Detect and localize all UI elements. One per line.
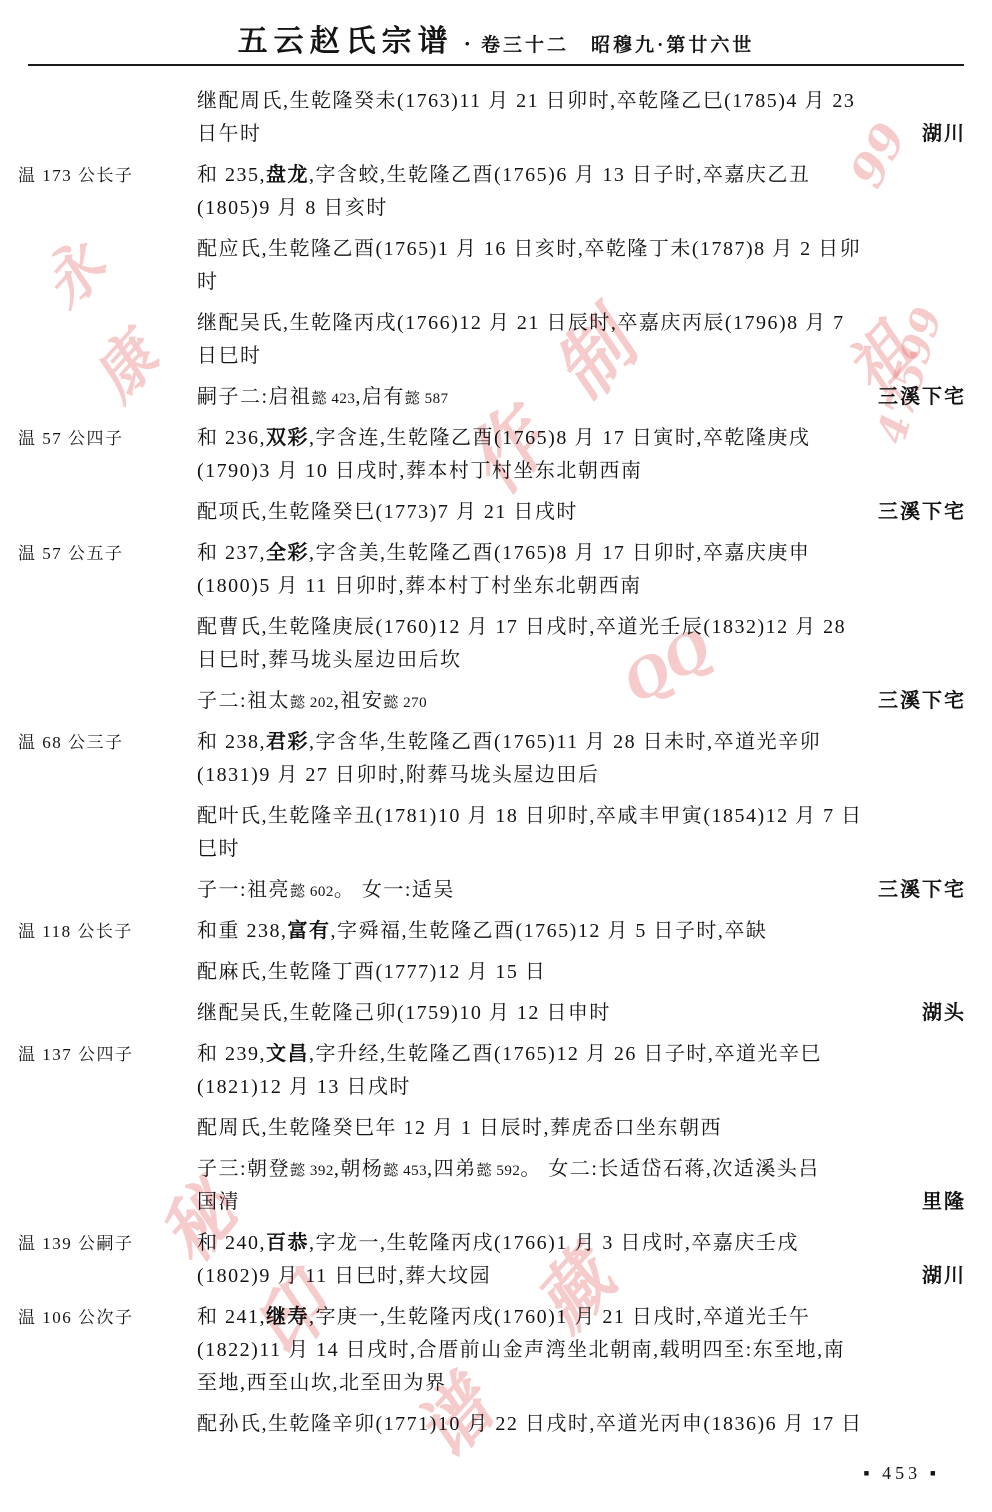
- text-line: (1790)3 月 10 日戌时,葬本村丁村坐东北朝西南: [197, 455, 966, 488]
- line-text: 和 238,君彩,字含华,生乾隆乙酉(1765)11 月 28 日未时,卒道光辛…: [197, 726, 821, 759]
- place-tag: 三溪下宅: [866, 496, 966, 529]
- paragraph: 配周氏,生乾隆癸巳年 12 月 1 日辰时,葬虎岙口坐东朝西: [197, 1112, 966, 1145]
- paragraph: 和 240,百恭,字龙一,生乾隆丙戌(1766)1 月 3 日戌时,卒嘉庆壬戌(…: [197, 1227, 966, 1293]
- entry: 温 137 公四子和 239,文昌,字升经,生乾隆乙酉(1765)12 月 26…: [0, 1038, 992, 1227]
- person-given-name: 盘龙: [266, 164, 309, 186]
- text-line: 配周氏,生乾隆癸巳年 12 月 1 日辰时,葬虎岙口坐东朝西: [197, 1112, 966, 1145]
- text-line: 和重 238,富有,字舜福,生乾隆乙酉(1765)12 月 5 日子时,卒缺: [197, 915, 966, 948]
- paragraph: 配曹氏,生乾隆庚辰(1760)12 月 17 日戌时,卒道光壬辰(1832)12…: [197, 611, 966, 677]
- place-tag: 三溪下宅: [866, 381, 966, 414]
- line-text: 继配吴氏,生乾隆己卯(1759)10 月 12 日申时: [197, 997, 611, 1030]
- line-text: 日巳时: [197, 340, 262, 373]
- entry: 温 106 公次子和 241,继寿,字庚一,生乾隆丙戌(1760)1 月 21 …: [0, 1301, 992, 1449]
- line-text: 和 240,百恭,字龙一,生乾隆丙戌(1766)1 月 3 日戌时,卒嘉庆壬戌: [197, 1227, 799, 1260]
- generation-marker: 懿 602: [290, 884, 334, 900]
- line-text: (1802)9 月 11 日巳时,葬大坟园: [197, 1260, 491, 1293]
- entry: 继配周氏,生乾隆癸未(1763)11 月 21 日卯时,卒乾隆乙巳(1785)4…: [0, 85, 992, 159]
- entry-lineage-label: 温 57 公四子: [0, 422, 197, 537]
- line-text: (1805)9 月 8 日亥时: [197, 192, 388, 225]
- entry-body: 和重 238,富有,字舜福,生乾隆乙酉(1765)12 月 5 日子时,卒缺配麻…: [197, 915, 992, 1038]
- line-text: 至地,西至山坎,北至田为界: [197, 1367, 447, 1400]
- entry-body: 和 238,君彩,字含华,生乾隆乙酉(1765)11 月 28 日未时,卒道光辛…: [197, 726, 992, 915]
- title-separator-dot: ·: [464, 31, 471, 57]
- place-tag: 湖头: [910, 997, 966, 1030]
- line-text: 日午时: [197, 118, 262, 151]
- generation-marker: 懿 423: [312, 391, 356, 407]
- line-text: 和 239,文昌,字升经,生乾隆乙酉(1765)12 月 26 日子时,卒道光辛…: [197, 1038, 822, 1071]
- line-text: 时: [197, 266, 219, 299]
- entry-lineage-label: 温 106 公次子: [0, 1301, 197, 1449]
- entry-lineage-label: 温 173 公长子: [0, 159, 197, 422]
- line-text: 日巳时,葬马垅头屋边田后坎: [197, 644, 462, 677]
- paragraph: 配麻氏,生乾隆丁酉(1777)12 月 15 日: [197, 956, 966, 989]
- line-text: 和 237,全彩,字含美,生乾隆乙酉(1765)8 月 17 日卯时,卒嘉庆庚申: [197, 537, 810, 570]
- text-line: 子二:祖太懿 202,祖安懿 270三溪下宅: [197, 685, 966, 718]
- text-line: (1805)9 月 8 日亥时: [197, 192, 966, 225]
- line-text: 配曹氏,生乾隆庚辰(1760)12 月 17 日戌时,卒道光壬辰(1832)12…: [197, 611, 846, 644]
- line-text: 配应氏,生乾隆乙酉(1765)1 月 16 日亥时,卒乾隆丁未(1787)8 月…: [197, 233, 861, 266]
- volume-subtitle: 卷三十二 昭穆九·第廿六世: [481, 30, 754, 57]
- entry-lineage-label: [0, 85, 197, 159]
- line-text: 子一:祖亮懿 602。 女一:适吴: [197, 874, 455, 909]
- text-line: 配孙氏,生乾隆辛卯(1771)10 月 22 日戌时,卒道光丙申(1836)6 …: [197, 1408, 966, 1441]
- entry-body: 和 241,继寿,字庚一,生乾隆丙戌(1760)1 月 21 日戌时,卒道光壬午…: [197, 1301, 992, 1449]
- paragraph: 和 235,盘龙,字含蛟,生乾隆乙酉(1765)6 月 13 日子时,卒嘉庆乙丑…: [197, 159, 966, 225]
- paragraph: 嗣子二:启祖懿 423,启有懿 587三溪下宅: [197, 381, 966, 414]
- place-tag: 湖川: [910, 1260, 966, 1293]
- paragraph: 配孙氏,生乾隆辛卯(1771)10 月 22 日戌时,卒道光丙申(1836)6 …: [197, 1408, 966, 1441]
- text-line: 至地,西至山坎,北至田为界: [197, 1367, 966, 1400]
- text-line: 和 238,君彩,字含华,生乾隆乙酉(1765)11 月 28 日未时,卒道光辛…: [197, 726, 966, 759]
- paragraph: 配项氏,生乾隆癸巳(1773)7 月 21 日戌时三溪下宅: [197, 496, 966, 529]
- text-line: (1802)9 月 11 日巳时,葬大坟园湖川: [197, 1260, 966, 1293]
- line-text: 配孙氏,生乾隆辛卯(1771)10 月 22 日戌时,卒道光丙申(1836)6 …: [197, 1408, 863, 1441]
- text-line: 配叶氏,生乾隆辛丑(1781)10 月 18 日卯时,卒咸丰甲寅(1854)12…: [197, 800, 966, 833]
- paragraph: 继配吴氏,生乾隆己卯(1759)10 月 12 日申时湖头: [197, 997, 966, 1030]
- text-line: 日午时湖川: [197, 118, 966, 151]
- line-text: 子三:朝登懿 392,朝杨懿 453,四弟懿 592。 女二:长适岱石蒋,次适溪…: [197, 1153, 820, 1188]
- text-line: (1800)5 月 11 日卯时,葬本村丁村坐东北朝西南: [197, 570, 966, 603]
- text-line: (1831)9 月 27 日卯时,附葬马垅头屋边田后: [197, 759, 966, 792]
- paragraph: 配应氏,生乾隆乙酉(1765)1 月 16 日亥时,卒乾隆丁未(1787)8 月…: [197, 233, 966, 299]
- entry-lineage-label: 温 118 公长子: [0, 915, 197, 1038]
- text-line: 和 241,继寿,字庚一,生乾隆丙戌(1760)1 月 21 日戌时,卒道光壬午: [197, 1301, 966, 1334]
- paragraph: 和 239,文昌,字升经,生乾隆乙酉(1765)12 月 26 日子时,卒道光辛…: [197, 1038, 966, 1104]
- text-line: (1822)11 月 14 日戌时,合厝前山金声湾坐北朝南,载明四至:东至地,南: [197, 1334, 966, 1367]
- entry: 温 173 公长子和 235,盘龙,字含蛟,生乾隆乙酉(1765)6 月 13 …: [0, 159, 992, 422]
- text-line: 继配周氏,生乾隆癸未(1763)11 月 21 日卯时,卒乾隆乙巳(1785)4…: [197, 85, 966, 118]
- entry: 温 57 公五子和 237,全彩,字含美,生乾隆乙酉(1765)8 月 17 日…: [0, 537, 992, 726]
- entry: 温 139 公嗣子和 240,百恭,字龙一,生乾隆丙戌(1766)1 月 3 日…: [0, 1227, 992, 1301]
- paragraph: 子一:祖亮懿 602。 女一:适吴三溪下宅: [197, 874, 966, 907]
- text-line: 日巳时,葬马垅头屋边田后坎: [197, 644, 966, 677]
- paragraph: 子二:祖太懿 202,祖安懿 270三溪下宅: [197, 685, 966, 718]
- generation-marker: 懿 453: [383, 1163, 427, 1179]
- genealogy-page: 永康制作祖秘印QQ9947599藏谱 五云赵氏宗谱 · 卷三十二 昭穆九·第廿六…: [0, 0, 992, 1512]
- line-text: 国清: [197, 1186, 240, 1219]
- text-line: 时: [197, 266, 966, 299]
- entry-body: 和 237,全彩,字含美,生乾隆乙酉(1765)8 月 17 日卯时,卒嘉庆庚申…: [197, 537, 992, 726]
- text-line: 巳时: [197, 833, 966, 866]
- text-line: 嗣子二:启祖懿 423,启有懿 587三溪下宅: [197, 381, 966, 414]
- generation-marker: 懿 270: [383, 695, 427, 711]
- person-given-name: 百恭: [266, 1232, 309, 1254]
- line-text: (1790)3 月 10 日戌时,葬本村丁村坐东北朝西南: [197, 455, 642, 488]
- line-text: 嗣子二:启祖懿 423,启有懿 587: [197, 381, 449, 416]
- text-line: 和 237,全彩,字含美,生乾隆乙酉(1765)8 月 17 日卯时,卒嘉庆庚申: [197, 537, 966, 570]
- text-line: 子三:朝登懿 392,朝杨懿 453,四弟懿 592。 女二:长适岱石蒋,次适溪…: [197, 1153, 966, 1186]
- paragraph: 继配吴氏,生乾隆丙戌(1766)12 月 21 日辰时,卒嘉庆丙辰(1796)8…: [197, 307, 966, 373]
- paragraph: 和重 238,富有,字舜福,生乾隆乙酉(1765)12 月 5 日子时,卒缺: [197, 915, 966, 948]
- person-given-name: 双彩: [266, 427, 309, 449]
- text-line: 子一:祖亮懿 602。 女一:适吴三溪下宅: [197, 874, 966, 907]
- entry-body: 和 236,双彩,字含连,生乾隆乙酉(1765)8 月 17 日寅时,卒乾隆庚戌…: [197, 422, 992, 537]
- entry-lineage-label: 温 139 公嗣子: [0, 1227, 197, 1301]
- text-line: 和 235,盘龙,字含蛟,生乾隆乙酉(1765)6 月 13 日子时,卒嘉庆乙丑: [197, 159, 966, 192]
- place-tag: 三溪下宅: [866, 685, 966, 718]
- line-text: 和 241,继寿,字庚一,生乾隆丙戌(1760)1 月 21 日戌时,卒道光壬午: [197, 1301, 810, 1334]
- book-title: 五云赵氏宗谱: [238, 16, 454, 60]
- generation-marker: 懿 587: [405, 391, 449, 407]
- text-line: 配麻氏,生乾隆丁酉(1777)12 月 15 日: [197, 956, 966, 989]
- text-line: 配应氏,生乾隆乙酉(1765)1 月 16 日亥时,卒乾隆丁未(1787)8 月…: [197, 233, 966, 266]
- entry-body: 和 240,百恭,字龙一,生乾隆丙戌(1766)1 月 3 日戌时,卒嘉庆壬戌(…: [197, 1227, 992, 1301]
- entry: 温 68 公三子和 238,君彩,字含华,生乾隆乙酉(1765)11 月 28 …: [0, 726, 992, 915]
- line-text: 配叶氏,生乾隆辛丑(1781)10 月 18 日卯时,卒咸丰甲寅(1854)12…: [197, 800, 863, 833]
- entry: 温 118 公长子和重 238,富有,字舜福,生乾隆乙酉(1765)12 月 5…: [0, 915, 992, 1038]
- person-given-name: 富有: [288, 920, 331, 942]
- generation-marker: 懿 392: [290, 1163, 334, 1179]
- line-text: 和 235,盘龙,字含蛟,生乾隆乙酉(1765)6 月 13 日子时,卒嘉庆乙丑: [197, 159, 810, 192]
- line-text: 继配周氏,生乾隆癸未(1763)11 月 21 日卯时,卒乾隆乙巳(1785)4…: [197, 85, 855, 118]
- person-given-name: 君彩: [266, 731, 309, 753]
- person-given-name: 文昌: [266, 1043, 309, 1065]
- entry-lineage-label: 温 57 公五子: [0, 537, 197, 726]
- paragraph: 和 236,双彩,字含连,生乾隆乙酉(1765)8 月 17 日寅时,卒乾隆庚戌…: [197, 422, 966, 488]
- paragraph: 继配周氏,生乾隆癸未(1763)11 月 21 日卯时,卒乾隆乙巳(1785)4…: [197, 85, 966, 151]
- line-text: 子二:祖太懿 202,祖安懿 270: [197, 685, 427, 720]
- paragraph: 配叶氏,生乾隆辛丑(1781)10 月 18 日卯时,卒咸丰甲寅(1854)12…: [197, 800, 966, 866]
- entries: 继配周氏,生乾隆癸未(1763)11 月 21 日卯时,卒乾隆乙巳(1785)4…: [0, 66, 992, 1449]
- line-text: 和重 238,富有,字舜福,生乾隆乙酉(1765)12 月 5 日子时,卒缺: [197, 915, 767, 948]
- text-line: 国清里隆: [197, 1186, 966, 1219]
- text-line: 和 240,百恭,字龙一,生乾隆丙戌(1766)1 月 3 日戌时,卒嘉庆壬戌: [197, 1227, 966, 1260]
- line-text: (1831)9 月 27 日卯时,附葬马垅头屋边田后: [197, 759, 599, 792]
- line-text: (1800)5 月 11 日卯时,葬本村丁村坐东北朝西南: [197, 570, 642, 603]
- person-given-name: 全彩: [266, 542, 309, 564]
- line-text: 继配吴氏,生乾隆丙戌(1766)12 月 21 日辰时,卒嘉庆丙辰(1796)8…: [197, 307, 845, 340]
- entry-lineage-label: 温 137 公四子: [0, 1038, 197, 1227]
- line-text: (1821)12 月 13 日戌时: [197, 1071, 411, 1104]
- place-tag: 湖川: [910, 118, 966, 151]
- entry-body: 继配周氏,生乾隆癸未(1763)11 月 21 日卯时,卒乾隆乙巳(1785)4…: [197, 85, 992, 159]
- line-text: 配麻氏,生乾隆丁酉(1777)12 月 15 日: [197, 956, 546, 989]
- page-header: 五云赵氏宗谱 · 卷三十二 昭穆九·第廿六世: [0, 0, 992, 60]
- text-line: 和 239,文昌,字升经,生乾隆乙酉(1765)12 月 26 日子时,卒道光辛…: [197, 1038, 966, 1071]
- entry-lineage-label: 温 68 公三子: [0, 726, 197, 915]
- text-line: 配项氏,生乾隆癸巳(1773)7 月 21 日戌时三溪下宅: [197, 496, 966, 529]
- text-line: 配曹氏,生乾隆庚辰(1760)12 月 17 日戌时,卒道光壬辰(1832)12…: [197, 611, 966, 644]
- entry-body: 和 239,文昌,字升经,生乾隆乙酉(1765)12 月 26 日子时,卒道光辛…: [197, 1038, 992, 1227]
- line-text: (1822)11 月 14 日戌时,合厝前山金声湾坐北朝南,载明四至:东至地,南: [197, 1334, 845, 1367]
- paragraph: 和 238,君彩,字含华,生乾隆乙酉(1765)11 月 28 日未时,卒道光辛…: [197, 726, 966, 792]
- place-tag: 里隆: [910, 1186, 966, 1219]
- entry: 温 57 公四子和 236,双彩,字含连,生乾隆乙酉(1765)8 月 17 日…: [0, 422, 992, 537]
- text-line: 继配吴氏,生乾隆丙戌(1766)12 月 21 日辰时,卒嘉庆丙辰(1796)8…: [197, 307, 966, 340]
- page-number: ▪ 453 ▪: [863, 1463, 940, 1484]
- text-line: (1821)12 月 13 日戌时: [197, 1071, 966, 1104]
- entry-body: 和 235,盘龙,字含蛟,生乾隆乙酉(1765)6 月 13 日子时,卒嘉庆乙丑…: [197, 159, 992, 422]
- text-line: 和 236,双彩,字含连,生乾隆乙酉(1765)8 月 17 日寅时,卒乾隆庚戌: [197, 422, 966, 455]
- line-text: 配项氏,生乾隆癸巳(1773)7 月 21 日戌时: [197, 496, 578, 529]
- paragraph: 和 237,全彩,字含美,生乾隆乙酉(1765)8 月 17 日卯时,卒嘉庆庚申…: [197, 537, 966, 603]
- generation-marker: 懿 202: [290, 695, 334, 711]
- text-line: 继配吴氏,生乾隆己卯(1759)10 月 12 日申时湖头: [197, 997, 966, 1030]
- line-text: 和 236,双彩,字含连,生乾隆乙酉(1765)8 月 17 日寅时,卒乾隆庚戌: [197, 422, 810, 455]
- place-tag: 三溪下宅: [866, 874, 966, 907]
- generation-marker: 懿 592: [477, 1163, 521, 1179]
- person-given-name: 继寿: [266, 1306, 309, 1328]
- paragraph: 子三:朝登懿 392,朝杨懿 453,四弟懿 592。 女二:长适岱石蒋,次适溪…: [197, 1153, 966, 1219]
- text-line: 日巳时: [197, 340, 966, 373]
- line-text: 巳时: [197, 833, 240, 866]
- line-text: 配周氏,生乾隆癸巳年 12 月 1 日辰时,葬虎岙口坐东朝西: [197, 1112, 722, 1145]
- paragraph: 和 241,继寿,字庚一,生乾隆丙戌(1760)1 月 21 日戌时,卒道光壬午…: [197, 1301, 966, 1400]
